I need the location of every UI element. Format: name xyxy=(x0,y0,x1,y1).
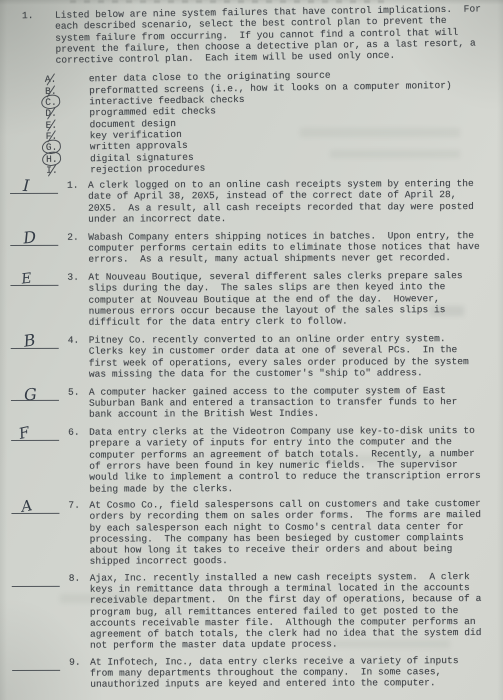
scenario-number: 7. xyxy=(68,500,89,511)
scenario-item: F6.Data entry clerks at the Videotron Co… xyxy=(1,425,503,495)
scenario-number: 4. xyxy=(68,335,89,346)
answer-blank-line xyxy=(12,586,60,587)
scenario-number: 5. xyxy=(68,386,89,397)
answer-blank-line xyxy=(10,285,58,286)
question-intro: 1. Listed below are nine system failures… xyxy=(0,3,503,67)
scenario-number: 6. xyxy=(68,427,89,438)
answer-blank-line xyxy=(11,440,59,441)
answer-blank: D xyxy=(10,232,58,247)
scenario-text: At Cosmo Co., field salespersons call on… xyxy=(89,498,481,567)
scenario-text: Wabash Company enters shipping notices i… xyxy=(88,230,480,266)
scenario-item: D2.Wabash Company enters shipping notice… xyxy=(0,230,503,266)
question-block: 1. Listed below are nine system failures… xyxy=(0,3,503,177)
scenario-item: E3.At Nouveau Boutique, several differen… xyxy=(0,270,503,329)
option-letter-crossed-out: E. xyxy=(45,119,70,131)
answer-blank-line xyxy=(11,513,59,514)
handwritten-answer: B xyxy=(23,332,37,350)
answer-blank: A xyxy=(11,500,59,515)
option-letter-circled: C. xyxy=(45,97,70,109)
scenario-text: Ajax, Inc. recently installed a new cash… xyxy=(90,571,482,652)
question-instructions: Listed below are nine system failures th… xyxy=(55,3,482,66)
scenario-item: I1.A clerk logged on to an online cash r… xyxy=(0,178,503,225)
option-letter-crossed-out: A. xyxy=(45,74,70,86)
answer-blank: G xyxy=(11,387,59,402)
handwritten-answer: F xyxy=(18,425,31,442)
scenario-item: 9.At Infotech, Inc., data entry clerks r… xyxy=(2,655,503,691)
scenario-number: 8. xyxy=(69,572,90,583)
handwritten-answer: G xyxy=(24,386,38,403)
handwritten-answer: E xyxy=(21,271,33,286)
handwritten-answer: D xyxy=(23,229,37,246)
scenario-text: At Nouveau Boutique, several different s… xyxy=(88,270,462,328)
scanned-worksheet-page: 1. Listed below are nine system failures… xyxy=(0,0,503,700)
scenario-text: A computer hacker gained access to the c… xyxy=(89,385,458,420)
option-letter-circled: H. xyxy=(46,153,71,165)
answer-blank: B xyxy=(11,335,59,350)
option-letter-crossed-out: I. xyxy=(46,164,71,176)
scenario-item: B4.Pitney Co. recently converted to an o… xyxy=(1,333,503,380)
handwritten-answer: A xyxy=(20,498,33,515)
scenario-number: 1. xyxy=(67,180,88,191)
answer-blank: E xyxy=(10,272,58,287)
scenario-text: Pitney Co. recently converted to an onli… xyxy=(89,333,469,380)
answer-blank: F xyxy=(11,427,59,442)
option-letter-crossed-out: D. xyxy=(45,108,70,120)
scenario-text: Data entry clerks at the Videotron Compa… xyxy=(89,425,481,494)
scenario-item: A7.At Cosmo Co., field salespersons call… xyxy=(1,498,503,568)
answer-blank xyxy=(12,657,60,672)
scenario-number: 3. xyxy=(67,272,88,283)
scenario-number: 2. xyxy=(67,231,88,242)
scenario-item: 8.Ajax, Inc. recently installed a new ca… xyxy=(2,571,503,652)
question-number: 1. xyxy=(0,10,55,22)
scenario-list: I1.A clerk logged on to an online cash r… xyxy=(0,178,503,696)
scenario-number: 9. xyxy=(69,656,90,667)
scenario-item: G5.A computer hacker gained access to th… xyxy=(1,385,503,421)
control-plan-options-list: A.enter data close to the originating so… xyxy=(1,68,503,177)
scenario-text: A clerk logged on to an online cash rece… xyxy=(88,178,474,225)
answer-blank xyxy=(12,573,60,588)
scan-edge-text-remnant xyxy=(70,0,390,3)
scenario-text: At Infotech, Inc., data entry clerks rec… xyxy=(90,655,459,690)
handwritten-answer: I xyxy=(23,178,30,194)
answer-blank-line xyxy=(12,670,60,671)
answer-blank-line xyxy=(10,193,58,194)
option-text: rejection procedures xyxy=(71,162,205,175)
answer-blank: I xyxy=(10,180,58,195)
